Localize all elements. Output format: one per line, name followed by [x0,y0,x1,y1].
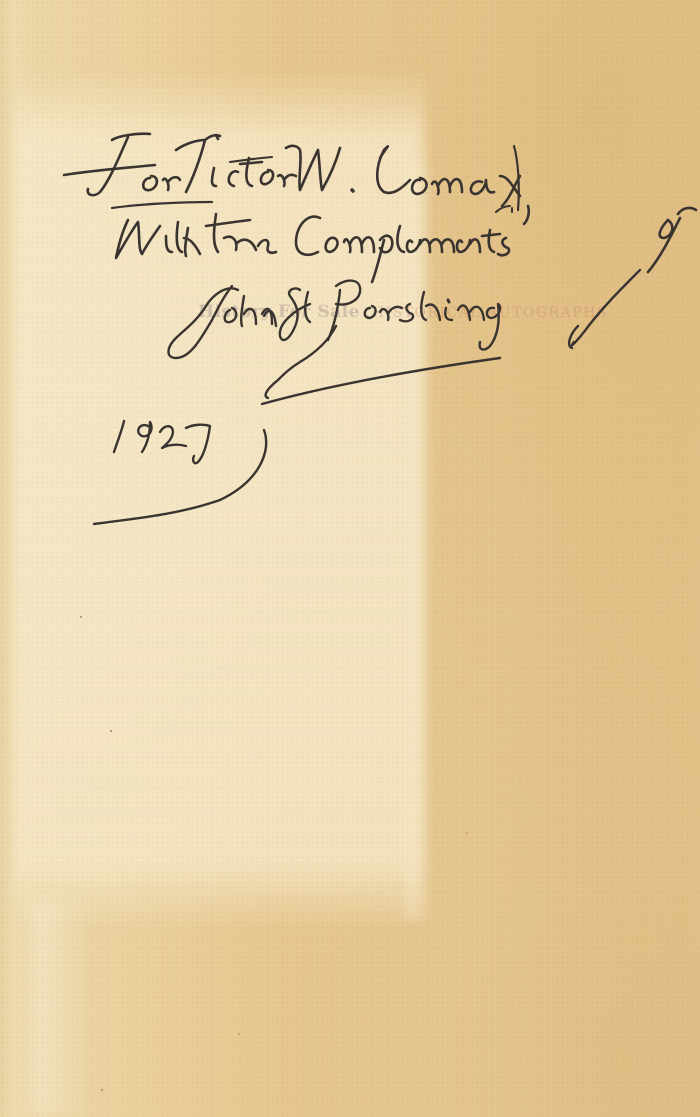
flyleaf-page: History For Sale HISTORICAL AUTOGRAPHS F… [0,0,700,1117]
handwriting-line-1 [64,134,529,224]
signature-ink [169,270,641,404]
handwriting-line-2 [112,202,696,282]
handwriting-ink [0,0,700,1117]
date-ink [94,421,266,524]
